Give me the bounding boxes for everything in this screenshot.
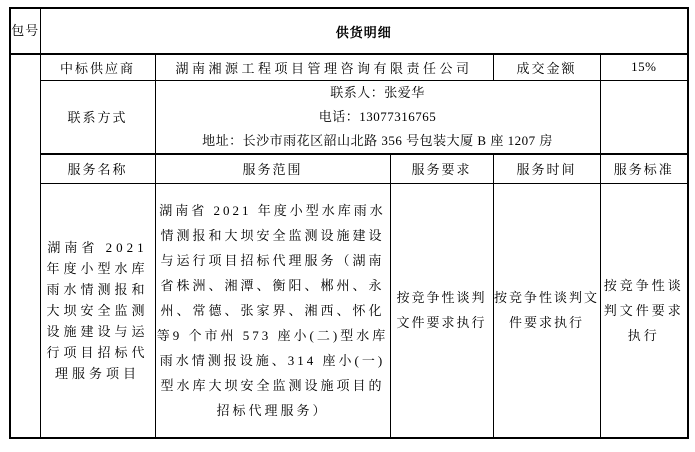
contact-person-line: 联系人：张爱华	[156, 81, 600, 105]
contact-address-line: 地址：长沙市雨花区韶山北路 356 号包装大厦 B 座 1207 房	[156, 129, 600, 153]
service-name-header: 服务名称	[40, 154, 155, 183]
deal-amount-label: 成交金额	[493, 54, 600, 80]
service-requirement-value: 按竞争性谈判文件要求执行	[390, 183, 493, 438]
service-scope-header: 服务范围	[155, 154, 390, 183]
service-time-value: 按竞争性谈判文件要求执行	[493, 183, 600, 438]
service-time-header: 服务时间	[493, 154, 600, 183]
package-number-empty-cell	[10, 54, 40, 438]
deal-amount-empty-cell	[600, 80, 688, 154]
contact-phone-line: 电话：13077316765	[156, 105, 600, 129]
service-standard-value: 按竞争性谈判文件要求执行	[600, 183, 688, 438]
contact-info-cell: 联系人：张爱华 电话：13077316765 地址：长沙市雨花区韶山北路 356…	[155, 80, 600, 154]
deal-amount-value: 15%	[600, 54, 688, 80]
service-name-value: 湖南省 2021 年度小型水库雨水情测报和大坝安全监测设施建设与运行项目招标代理…	[40, 183, 155, 438]
winning-supplier-value: 湖南湘源工程项目管理咨询有限责任公司	[155, 54, 493, 80]
service-scope-value: 湖南省 2021 年度小型水库雨水情测报和大坝安全监测设施建设与运行项目招标代理…	[155, 183, 390, 438]
service-standard-header: 服务标准	[600, 154, 688, 183]
supply-detail-table: 包号 供货明细 中标供应商 湖南湘源工程项目管理咨询有限责任公司 成交金额 15…	[9, 7, 689, 439]
service-requirement-header: 服务要求	[390, 154, 493, 183]
package-number-header: 包号	[10, 8, 40, 54]
contact-label: 联系方式	[40, 80, 155, 154]
winning-supplier-label: 中标供应商	[40, 54, 155, 80]
table-title: 供货明细	[40, 8, 688, 54]
